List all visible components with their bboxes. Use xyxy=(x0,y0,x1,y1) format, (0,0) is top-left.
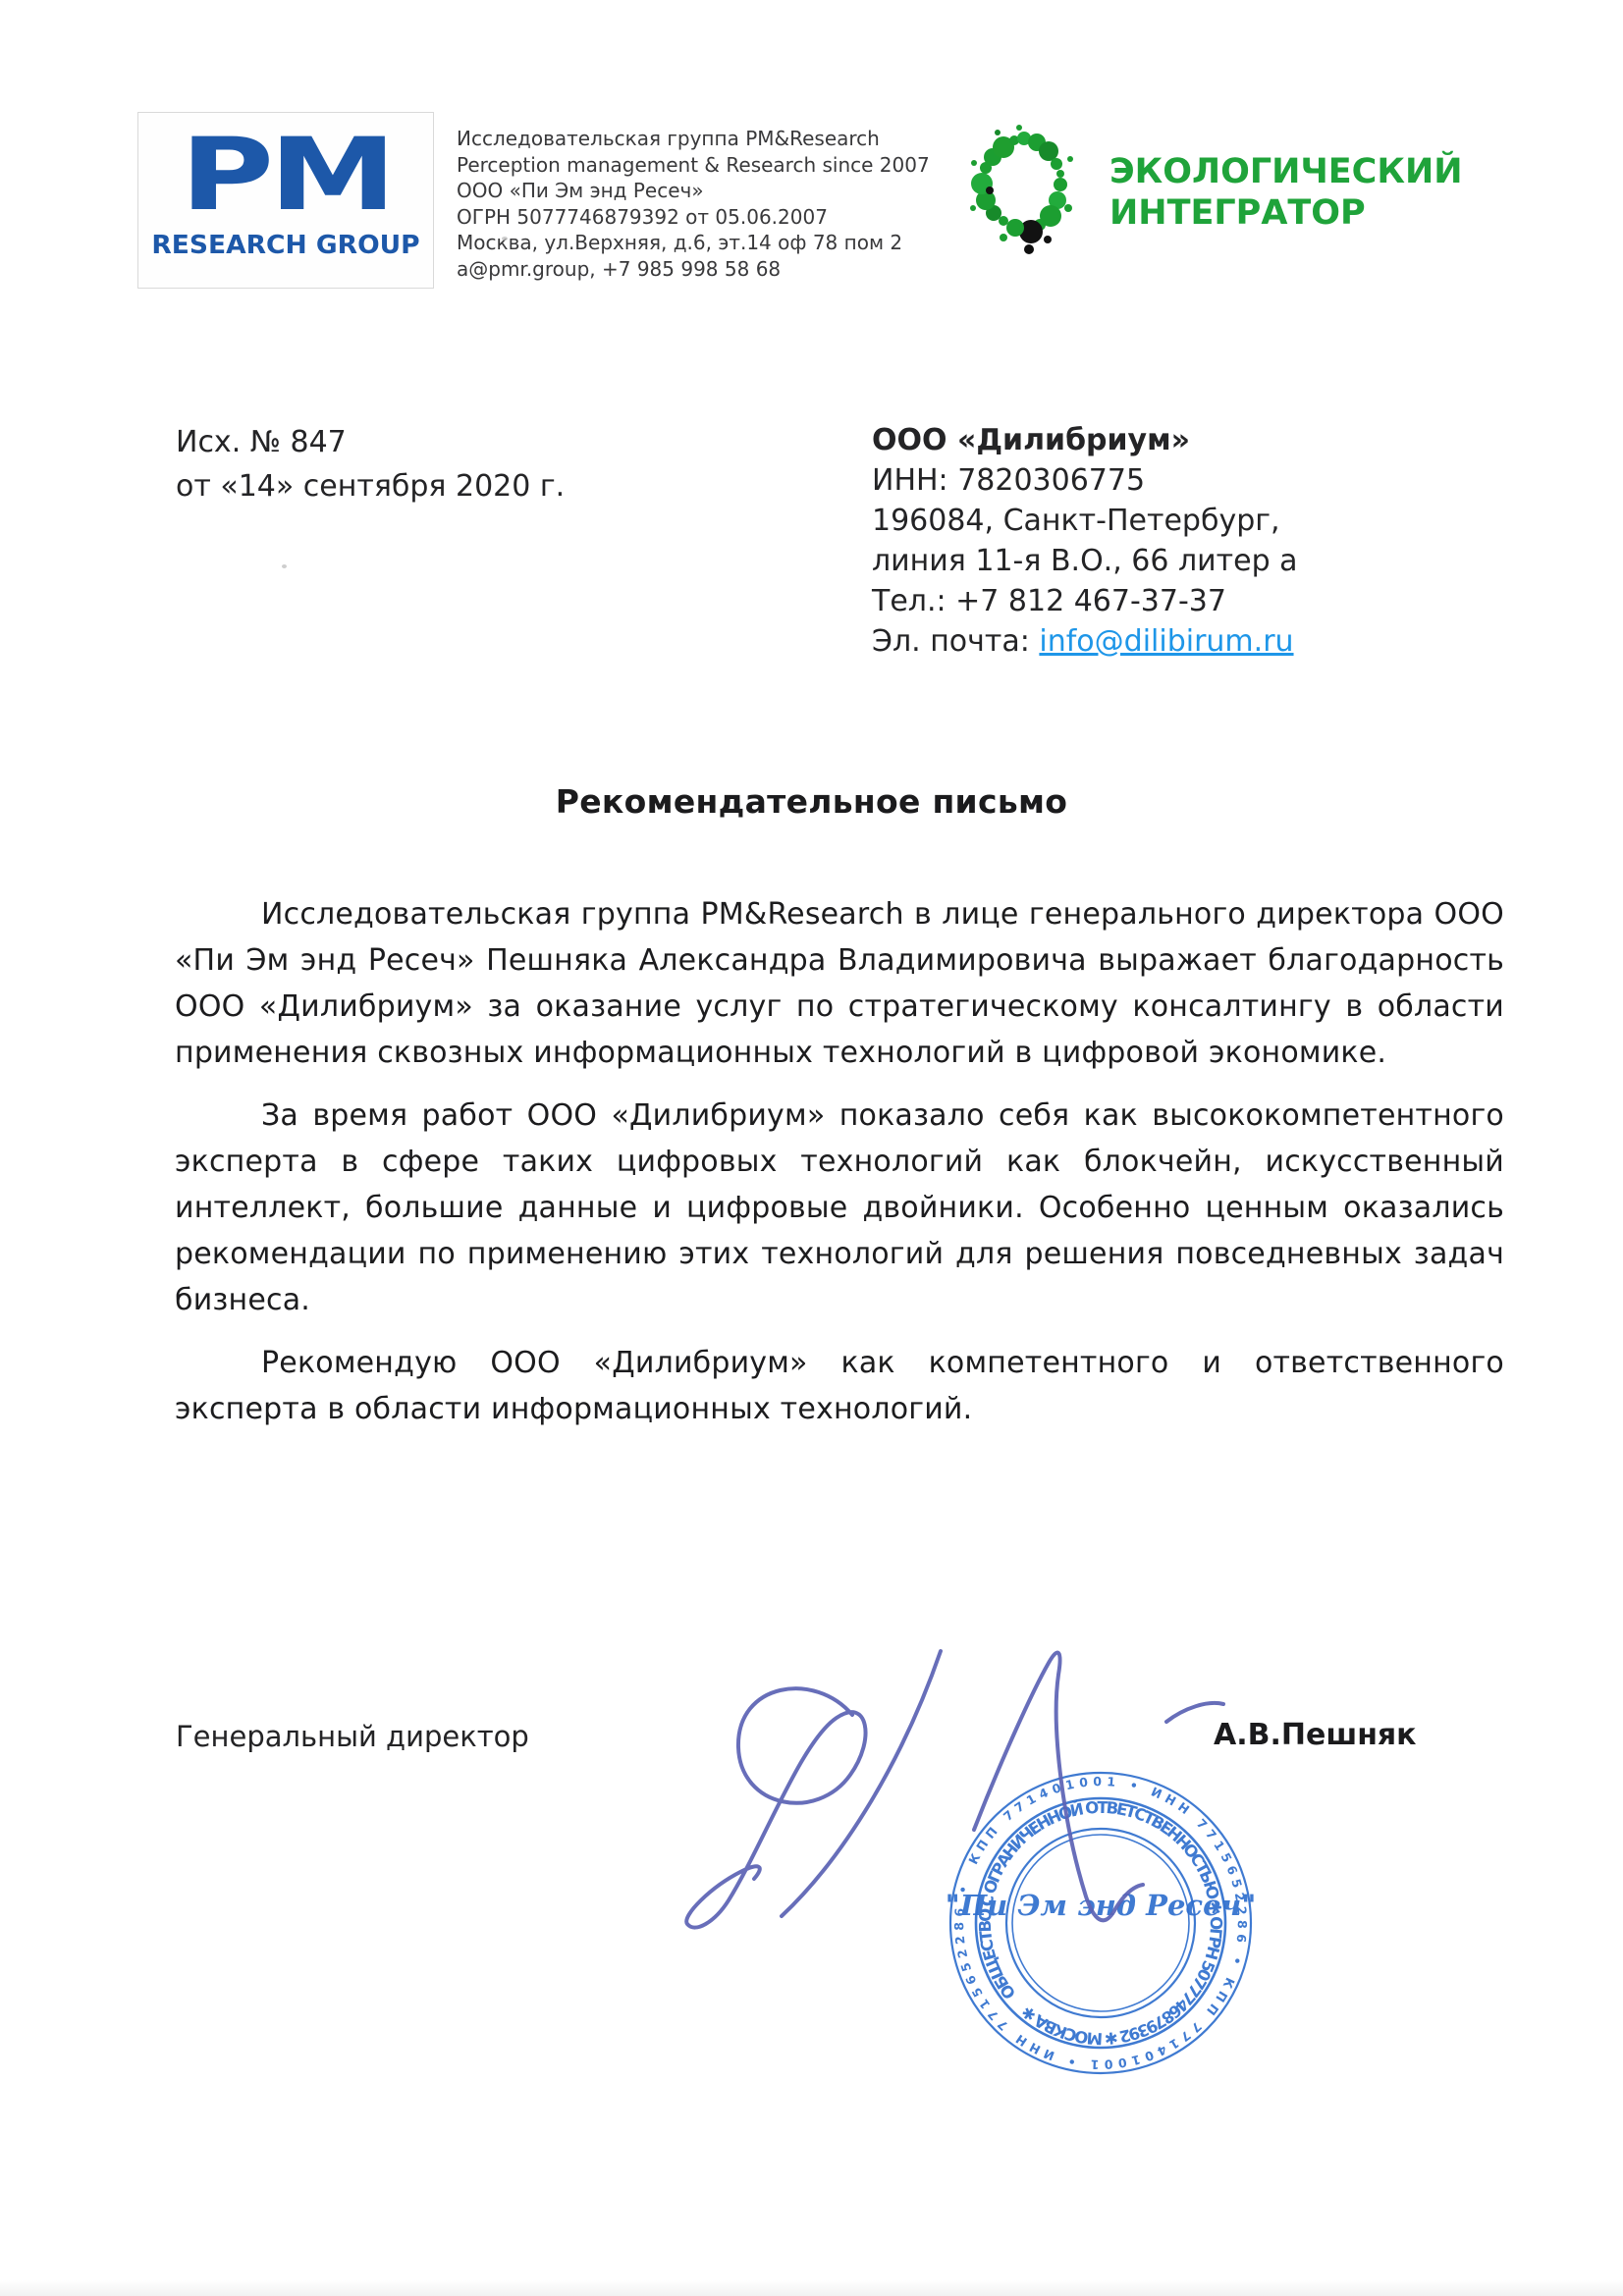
reference-number: Исх. № 847 xyxy=(176,420,565,464)
org-info-line: Москва, ул.Верхняя, д.6, эт.14 оф 78 пом… xyxy=(457,230,930,256)
scan-speck xyxy=(502,237,508,240)
org-info-line: a@pmr.group, +7 985 998 58 68 xyxy=(457,256,930,283)
pm-research-group-logo: PM RESEARCH GROUP xyxy=(137,112,434,289)
body-paragraph-2: За время работ ООО «Дилибриум» показало … xyxy=(175,1093,1504,1323)
recipient-name: ООО «Дилибриум» xyxy=(872,420,1298,460)
signer-position: Генеральный директор xyxy=(176,1720,529,1753)
sender-details: Исследовательская группа PM&Research Per… xyxy=(457,126,930,282)
recipient-address-line1: 196084, Санкт-Петербург, xyxy=(872,501,1298,541)
outgoing-reference: Исх. № 847 от «14» сентября 2020 г. xyxy=(176,420,565,508)
reference-date: от «14» сентября 2020 г. xyxy=(176,464,565,508)
org-info-line: ООО «Пи Эм энд Ресеч» xyxy=(457,178,930,204)
email-label: Эл. почта: xyxy=(872,624,1039,659)
recipient-block: ООО «Дилибриум» ИНН: 7820306775 196084, … xyxy=(872,420,1298,662)
body-paragraph-1: Исследовательская группа PM&Research в л… xyxy=(175,891,1504,1076)
pm-logo-text: PM xyxy=(180,127,391,225)
scan-speck xyxy=(282,564,287,568)
letter-body: Исследовательская группа PM&Research в л… xyxy=(175,891,1504,1449)
signer-name: А.В.Пешняк xyxy=(1214,1718,1417,1752)
pm-logo-subtext: RESEARCH GROUP xyxy=(151,231,419,260)
recipient-address-line2: линия 11-я В.О., 66 литер а xyxy=(872,541,1298,581)
email-link[interactable]: info@dilibirum.ru xyxy=(1039,624,1293,659)
eco-label-line2: ИНТЕГРАТОР xyxy=(1109,192,1463,234)
recipient-inn: ИНН: 7820306775 xyxy=(872,460,1298,501)
org-info-line: Исследовательская группа PM&Research xyxy=(457,126,930,152)
letter-title: Рекомендательное письмо xyxy=(0,782,1623,821)
handwritten-signature xyxy=(589,1622,1237,2014)
eco-integrator-label: ЭКОЛОГИЧЕСКИЙ ИНТЕГРАТОР xyxy=(1109,151,1463,234)
eco-label-line1: ЭКОЛОГИЧЕСКИЙ xyxy=(1109,151,1463,192)
recipient-email-row: Эл. почта: info@dilibirum.ru xyxy=(872,621,1298,662)
scan-edge-shadow xyxy=(0,2280,1623,2296)
org-info-line: Perception management & Research since 2… xyxy=(457,152,930,179)
letter-page: PM RESEARCH GROUP Исследовательская груп… xyxy=(0,0,1623,2296)
recipient-phone: Тел.: +7 812 467-37-37 xyxy=(872,581,1298,621)
body-paragraph-3: Рекомендую ООО «Дилибриум» как компетент… xyxy=(175,1340,1504,1432)
org-info-line: ОГРН 5077746879392 от 05.06.2007 xyxy=(457,204,930,231)
eco-dots-icon xyxy=(964,120,1092,262)
